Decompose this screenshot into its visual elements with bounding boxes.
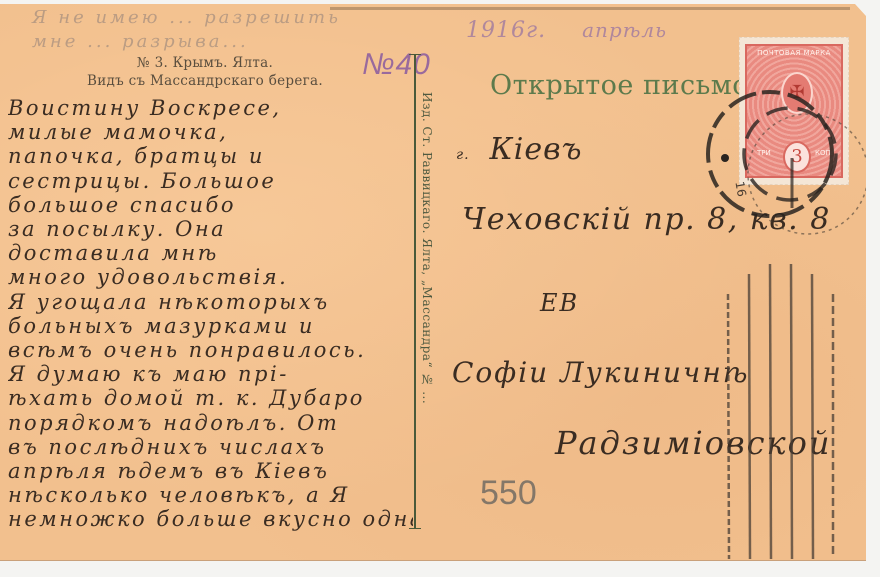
postmark-date: 16: [732, 180, 748, 197]
faded-note-line: мне ... разрыва...: [32, 30, 352, 54]
stamp-right-text: КОП.: [815, 149, 833, 157]
double-headed-eagle-icon: ✠: [781, 72, 813, 114]
address-city: г.Кіевъ: [456, 132, 583, 167]
stamp-left-text: ТРИ: [757, 149, 771, 157]
divider-tick-top: [409, 54, 421, 55]
message-line: много удовольствія.: [8, 265, 413, 289]
faded-pencil-note: Я не имею ... разрешить мне ... разрыва.…: [32, 6, 352, 54]
address-street: Чеховскій пр. 8, кв. 8: [462, 202, 831, 237]
message-line: Я угощала нѣкоторыхъ: [8, 290, 413, 314]
message-line: за посылку. Она: [8, 217, 413, 241]
machine-cancel-lines-icon: [720, 254, 840, 564]
caption-line-2: Видъ съ Массандрскаго берега.: [40, 72, 370, 90]
address-honorific: ЕВ: [540, 289, 579, 317]
message-line: папочка, братцы и: [8, 144, 413, 168]
faded-note-line: Я не имею ... разрешить: [32, 6, 352, 30]
stamp-value: 3: [783, 141, 811, 173]
city-prefix: г.: [456, 147, 470, 163]
message-line: Воистину Воскресе,: [8, 96, 413, 120]
message-line: порядкомъ надоѣлъ. От: [8, 411, 413, 435]
message-line: милые мамочка,: [8, 120, 413, 144]
center-divider-line: [414, 54, 416, 529]
address-recipient-name: Софіи Лукиничнѣ: [452, 356, 750, 389]
address-recipient-surname: Радзиміовской: [555, 424, 832, 462]
date-pencil-note: 1916г. апрѣль: [466, 18, 667, 43]
publisher-imprint: Изд. Ст. Раввицкаго. Ялта, „Массандра“ №…: [420, 92, 434, 404]
pencil-number: 550: [480, 474, 537, 513]
message-line: въ послѣднихъ числахъ: [8, 435, 413, 459]
stamp-face: ПОЧТОВАЯ МАРКА ✠ ТРИ 3 КОП.: [745, 44, 843, 178]
postage-stamp: ПОЧТОВАЯ МАРКА ✠ ТРИ 3 КОП.: [739, 37, 849, 185]
postcard: Я не имею ... разрешить мне ... разрыва.…: [0, 4, 866, 561]
message-line: большое спасибо: [8, 193, 413, 217]
message-line: ѣхать домой т. к. Дубаро: [8, 386, 413, 410]
date-year: 1916г.: [466, 18, 546, 43]
handwritten-message: Воистину Воскресе,милые мамочка,папочка,…: [8, 96, 413, 532]
message-line: сестрицы. Большое: [8, 169, 413, 193]
printed-caption: № 3. Крымъ. Ялта. Видъ съ Массандрскаго …: [40, 54, 370, 90]
message-line: немножко больше вкусно одна: [8, 507, 413, 531]
message-line: всѣмъ очень понравилось.: [8, 338, 413, 362]
message-line: доставила мнѣ: [8, 241, 413, 265]
city-name: Кіевъ: [490, 132, 583, 167]
message-line: апрѣля ѣдемъ въ Кіевъ: [8, 459, 413, 483]
message-line: Я думаю къ маю прі-: [8, 362, 413, 386]
message-line: нѣсколько человѣкъ, а Я: [8, 483, 413, 507]
caption-line-1: № 3. Крымъ. Ялта.: [40, 54, 370, 72]
postcard-header-title: Открытое письмо: [490, 70, 749, 101]
message-line: больныхъ мазурками и: [8, 314, 413, 338]
card-top-edge-shadow: [330, 7, 850, 10]
stamp-top-text: ПОЧТОВАЯ МАРКА: [747, 49, 841, 57]
date-month: апрѣль: [582, 18, 667, 42]
